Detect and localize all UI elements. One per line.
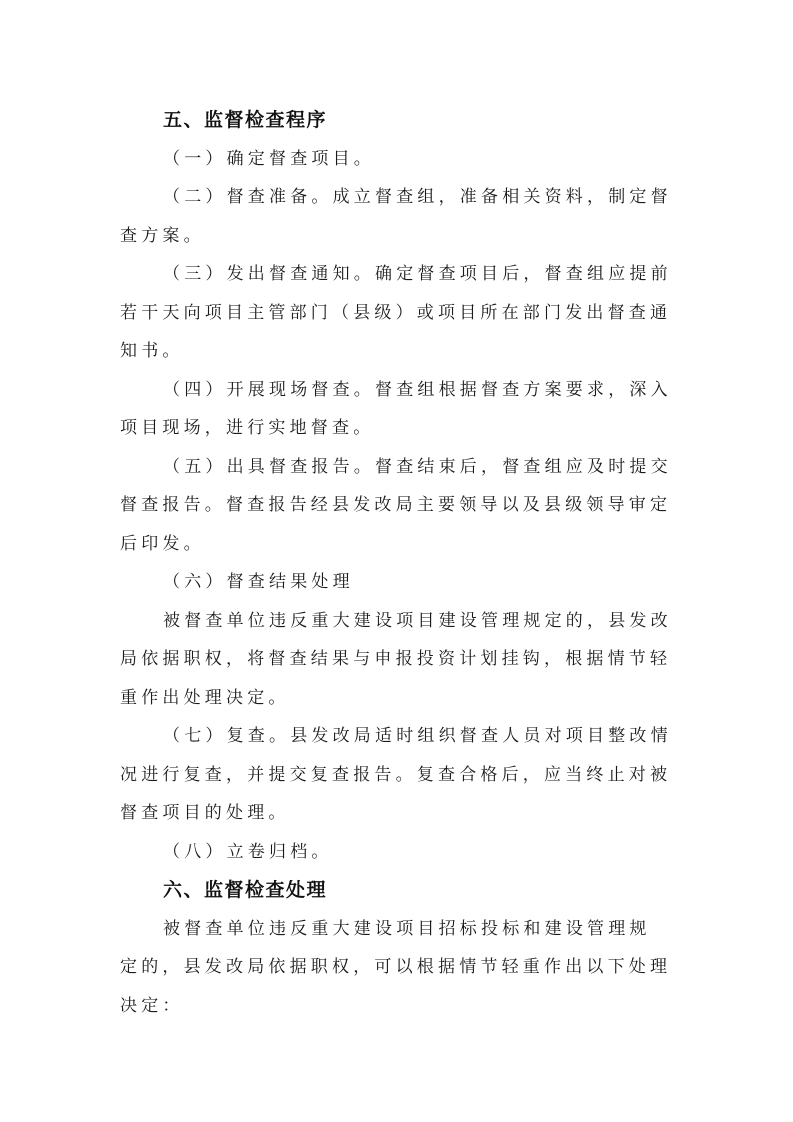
paragraph-line: 若干天向项目主管部门（县级）或项目所在部门发出督查通 xyxy=(120,294,680,333)
paragraph-line: （六）督查结果处理 xyxy=(120,563,680,602)
paragraph-line: 况进行复查，并提交复查报告。复查合格后，应当终止对被 xyxy=(120,756,680,795)
paragraph-1: （一）确定督查项目。 xyxy=(120,140,680,179)
paragraph-line: 查方案。 xyxy=(120,217,680,256)
paragraph-7: （七）复查。县发改局适时组织督查人员对项目整改情 况进行复查，并提交复查报告。复… xyxy=(120,717,680,833)
paragraph-line: 定的，县发改局依据职权，可以根据情节轻重作出以下处理 xyxy=(120,948,680,987)
paragraph-line: 督查报告。督查报告经县发改局主要领导以及县级领导审定 xyxy=(120,486,680,525)
paragraph-4: （四）开展现场督查。督查组根据督查方案要求，深入 项目现场，进行实地督查。 xyxy=(120,371,680,448)
paragraph-line: 后印发。 xyxy=(120,525,680,564)
paragraph-line: （五）出具督查报告。督查结束后，督查组应及时提交 xyxy=(120,448,680,487)
section-heading-5: 五、监督检查程序 xyxy=(120,101,680,140)
paragraph-6-body: 被督查单位违反重大建设项目建设管理规定的，县发改 局依据职权，将督查结果与申报投… xyxy=(120,602,680,718)
paragraph-line: （二）督查准备。成立督查组，准备相关资料，制定督 xyxy=(120,178,680,217)
paragraph-2: （二）督查准备。成立督查组，准备相关资料，制定督 查方案。 xyxy=(120,178,680,255)
paragraph-line: （三）发出督查通知。确定督查项目后，督查组应提前 xyxy=(120,255,680,294)
paragraph-line: （七）复查。县发改局适时组织督查人员对项目整改情 xyxy=(120,717,680,756)
paragraph-line: 项目现场，进行实地督查。 xyxy=(120,409,680,448)
paragraph-6: （六）督查结果处理 xyxy=(120,563,680,602)
paragraph-line: 被督查单位违反重大建设项目招标投标和建设管理规 xyxy=(120,910,680,949)
paragraph-line: （一）确定督查项目。 xyxy=(120,140,680,179)
paragraph-line: （四）开展现场督查。督查组根据督查方案要求，深入 xyxy=(120,371,680,410)
heading-line: 六、监督检查处理 xyxy=(120,871,680,910)
paragraph-line: 决定： xyxy=(120,987,680,1026)
paragraph-line: 被督查单位违反重大建设项目建设管理规定的，县发改 xyxy=(120,602,680,641)
paragraph-line: 知书。 xyxy=(120,332,680,371)
paragraph-line: 重作出处理决定。 xyxy=(120,679,680,718)
paragraph-line: 督查项目的处理。 xyxy=(120,794,680,833)
paragraph-5: （五）出具督查报告。督查结束后，督查组应及时提交 督查报告。督查报告经县发改局主… xyxy=(120,448,680,564)
section-heading-6: 六、监督检查处理 xyxy=(120,871,680,910)
paragraph-3: （三）发出督查通知。确定督查项目后，督查组应提前 若干天向项目主管部门（县级）或… xyxy=(120,255,680,371)
paragraph-8: （八）立卷归档。 xyxy=(120,833,680,872)
document-page: 五、监督检查程序 （一）确定督查项目。 （二）督查准备。成立督查组，准备相关资料… xyxy=(120,101,680,1025)
paragraph-9: 被督查单位违反重大建设项目招标投标和建设管理规 定的，县发改局依据职权，可以根据… xyxy=(120,910,680,1026)
heading-line: 五、监督检查程序 xyxy=(120,101,680,140)
paragraph-line: 局依据职权，将督查结果与申报投资计划挂钩，根据情节轻 xyxy=(120,640,680,679)
paragraph-line: （八）立卷归档。 xyxy=(120,833,680,872)
